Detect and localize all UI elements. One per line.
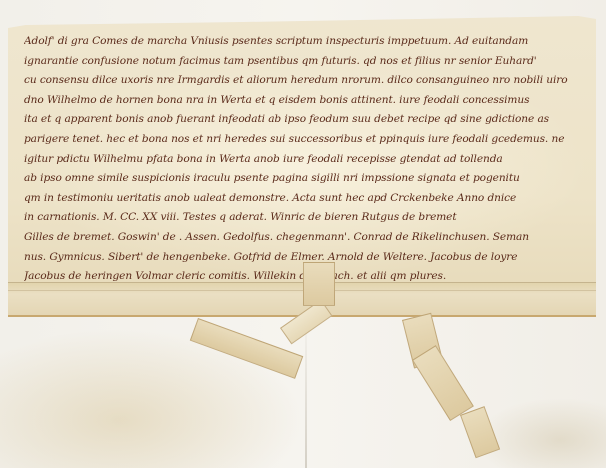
text-line: in carnationis. M. CC. XX viii. Testes q…: [24, 208, 588, 228]
text-line: cu consensu dilce uxoris nre Irmgardis e…: [24, 71, 588, 91]
text-line: Adolf' di gra Comes de marcha Vniusis ps…: [24, 32, 588, 52]
fold-crease: [8, 290, 596, 291]
charter-text: Adolf' di gra Comes de marcha Vniusis ps…: [24, 32, 588, 287]
text-line: ita et q apparent bonis anob fuerant inf…: [24, 110, 588, 130]
text-line: parigere tenet. hec et bona nos et nri h…: [24, 130, 588, 150]
text-line: dno Wilhelmo de hornen bona nra in Werta…: [24, 91, 588, 111]
text-line: Gilles de bremet. Goswin' de . Assen. Ge…: [24, 228, 588, 248]
text-line: ab ipso omne simile suspicionis iraculu …: [24, 169, 588, 189]
text-line: qm in testimoniu ueritatis anob ualeat d…: [24, 189, 588, 209]
seal-tag-left-slot: [303, 262, 335, 306]
text-line: igitur pdictu Wilhelmu pfata bona in Wer…: [24, 150, 588, 170]
text-line: ignarantie confusione notum facimus tam …: [24, 52, 588, 72]
